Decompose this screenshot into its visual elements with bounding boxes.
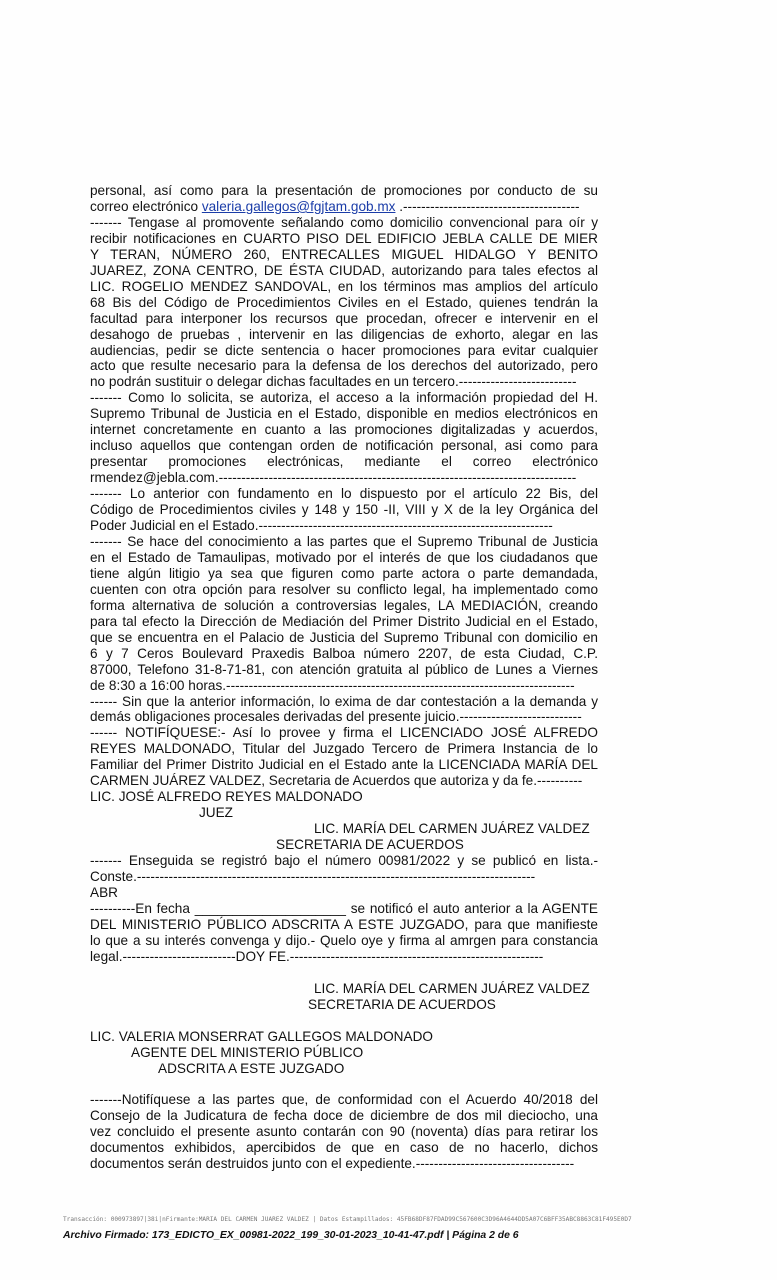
text-line: recibir notificaciones en CUARTO PISO DE… — [90, 231, 598, 247]
email-link[interactable]: valeria.gallegos@fgjtam.gob.mx — [202, 199, 396, 214]
spacer — [90, 1076, 598, 1092]
paragraph-domicile: ------- Tengase al promovente señalando … — [90, 215, 598, 390]
signature-title: AGENTE DEL MINISTERIO PÚBLICO — [90, 1045, 598, 1061]
text-line: acto que resulte necesario para la defen… — [90, 358, 598, 374]
text-line: no podrán sustituir o delegar dichas fac… — [90, 374, 598, 390]
separator: | — [443, 1230, 452, 1241]
spacer — [90, 1013, 598, 1029]
text-line: facultad para interponer los recursos qu… — [90, 311, 598, 327]
transaction-value: 000973897|38i|nFirmante:MARÍA DEL CARMEN… — [111, 1216, 309, 1223]
text-line: audiencias, pedir se dicte sentencia o h… — [90, 343, 598, 359]
footer-transaction-stamp: Transacción: 000973897|38i|nFirmante:MAR… — [63, 1216, 723, 1223]
signature-judge: LIC. JOSÉ ALFREDO REYES MALDONADO JUEZ — [90, 789, 598, 821]
text-line: demás obligaciones procesales derivadas … — [90, 709, 598, 725]
paragraph-notification: ------ NOTIFÍQUESE:- Así lo provee y fir… — [90, 725, 598, 789]
text-line: vez concluido el presente asunto contará… — [90, 1124, 598, 1140]
stamp-label: | Datos Estampillados: — [309, 1216, 397, 1223]
text-line: LIC. ROGELIO MENDEZ SANDOVAL, en los tér… — [90, 279, 598, 295]
text-line: ------- Lo anterior con fundamento en lo… — [90, 486, 598, 502]
text-line: ------- Tengase al promovente señalando … — [90, 215, 598, 231]
signature-name: LIC. JOSÉ ALFREDO REYES MALDONADO — [90, 789, 598, 805]
signature-title: JUEZ — [90, 805, 598, 821]
spacer — [90, 965, 598, 981]
text-line: 87000, Telefono 31-8-71-81, con atención… — [90, 662, 598, 678]
paragraph-electronic-access: ------- Como lo solicita, se autoriza, e… — [90, 390, 598, 486]
paragraph-registration: ------- Enseguida se registró bajo el nú… — [90, 853, 598, 901]
text-line: 68 Bis del Código de Procedimientos Civi… — [90, 295, 598, 311]
transaction-label: Transacción: — [63, 1216, 111, 1223]
stamp-value: 45FB68DF87FDAD99C567600C3D96A4644DD5A07C… — [397, 1216, 632, 1223]
initials: ABR — [90, 885, 598, 901]
text-line: Código de Procedimientos civiles y 148 y… — [90, 502, 598, 518]
signature-secretary-2: LIC. MARÍA DEL CARMEN JUÁREZ VALDEZ SECR… — [90, 981, 598, 1013]
text-line: ------- Se hace del conocimiento a las p… — [90, 534, 598, 550]
text-line: ----------En fecha ____________________ … — [90, 901, 598, 917]
text-line: Familiar del Primer Distrito Judicial en… — [90, 757, 598, 773]
text-line: cuenten con otra opción para resolver su… — [90, 582, 598, 598]
paragraph-public-ministry-notice: ----------En fecha ____________________ … — [90, 901, 598, 965]
text-line: Y TERAN, NÚMERO 260, ENTRECALLES MIGUEL … — [90, 247, 598, 263]
text-line: Conste.---------------------------------… — [90, 869, 598, 885]
text-line: incluso aquellos que contengan orden de … — [90, 438, 598, 454]
signature-name: LIC. MARÍA DEL CARMEN JUÁREZ VALDEZ — [90, 821, 598, 837]
text-line: para tal efecto la Dirección de Mediació… — [90, 614, 598, 630]
text-line: forma alternativa de solución a controve… — [90, 598, 598, 614]
text-line: presentar promociones electrónicas, medi… — [90, 454, 598, 470]
text-line: internet concretamente en cuanto a las p… — [90, 422, 598, 438]
text-line: 6 y 7 Ceros Boulevard Praxedis Balboa nú… — [90, 646, 598, 662]
document-page: personal, así como para la presentación … — [0, 0, 777, 1280]
text-line: DEL MINISTERIO PÚBLICO ADSCRITA A ESTE J… — [90, 917, 598, 933]
text-line: CARMEN JUÁREZ VALDEZ, Secretaria de Acue… — [90, 773, 598, 789]
text-line: rmendez@jebla.com.----------------------… — [90, 470, 598, 486]
text-line: Poder Judicial en el Estado.------------… — [90, 518, 598, 534]
signature-title: SECRETARIA DE ACUERDOS — [90, 837, 598, 853]
text-line: ------ Sin que la anterior información, … — [90, 694, 598, 710]
document-body: personal, así como para la presentación … — [90, 183, 598, 1172]
text-line: ------ NOTIFÍQUESE:- Así lo provee y fir… — [90, 725, 598, 741]
signature-secretary: LIC. MARÍA DEL CARMEN JUÁREZ VALDEZ SECR… — [90, 821, 598, 853]
text-line: lo que a su interés convenga y dijo.- Qu… — [90, 933, 598, 949]
signature-name: LIC. VALERIA MONSERRAT GALLEGOS MALDONAD… — [90, 1029, 598, 1045]
page-indicator: Página 2 de 6 — [452, 1230, 518, 1241]
text-line: legal.-------------------------DOY FE.--… — [90, 949, 598, 965]
signature-subtitle: ADSCRITA A ESTE JUZGADO — [90, 1061, 598, 1077]
text-fragment: correo electrónico — [90, 199, 202, 214]
text-line: Consejo de la Judicatura de fecha doce d… — [90, 1108, 598, 1124]
text-line: documentos exhibidos, apercibidos de que… — [90, 1140, 598, 1156]
footer-signed-file: Archivo Firmado: 173_EDICTO_EX_00981-202… — [63, 1230, 519, 1241]
text-line: Supremo Tribunal de Justicia en el Estad… — [90, 406, 598, 422]
text-line: tiene algún litigio ya sea que figuren c… — [90, 566, 598, 582]
signature-name: LIC. MARÍA DEL CARMEN JUÁREZ VALDEZ — [90, 981, 598, 997]
file-label: Archivo Firmado: — [63, 1230, 152, 1241]
text-fragment: .--------------------------------------- — [395, 199, 579, 214]
text-line: desahogo de pruebas , intervenir en las … — [90, 327, 598, 343]
paragraph-mediation: ------- Se hace del conocimiento a las p… — [90, 534, 598, 694]
file-name: 173_EDICTO_EX_00981-2022_199_30-01-2023_… — [152, 1230, 444, 1241]
paragraph-email-authorization: personal, así como para la presentación … — [90, 183, 598, 215]
paragraph-document-retention: -------Notifíquese a las partes que, de … — [90, 1092, 598, 1172]
signature-title: SECRETARIA DE ACUERDOS — [90, 997, 598, 1013]
text-line: que se encuentra en el Palacio de Justic… — [90, 630, 598, 646]
text-line: ------- Enseguida se registró bajo el nú… — [90, 853, 598, 869]
text-line: personal, así como para la presentación … — [90, 183, 598, 199]
text-line: correo electrónico valeria.gallegos@fgjt… — [90, 199, 598, 215]
text-line: REYES MALDONADO, Titular del Juzgado Ter… — [90, 741, 598, 757]
paragraph-obligations: ------ Sin que la anterior información, … — [90, 694, 598, 726]
text-line: ------- Como lo solicita, se autoriza, e… — [90, 390, 598, 406]
text-line: de 8:30 a 16:00 horas.------------------… — [90, 678, 598, 694]
text-line: documentos serán destruidos junto con el… — [90, 1156, 598, 1172]
signature-public-ministry-agent: LIC. VALERIA MONSERRAT GALLEGOS MALDONAD… — [90, 1029, 598, 1077]
text-line: en el Estado de Tamaulipas, motivado por… — [90, 550, 598, 566]
paragraph-legal-basis: ------- Lo anterior con fundamento en lo… — [90, 486, 598, 534]
text-line: -------Notifíquese a las partes que, de … — [90, 1092, 598, 1108]
text-line: JUAREZ, ZONA CENTRO, DE ÉSTA CIUDAD, aut… — [90, 263, 598, 279]
